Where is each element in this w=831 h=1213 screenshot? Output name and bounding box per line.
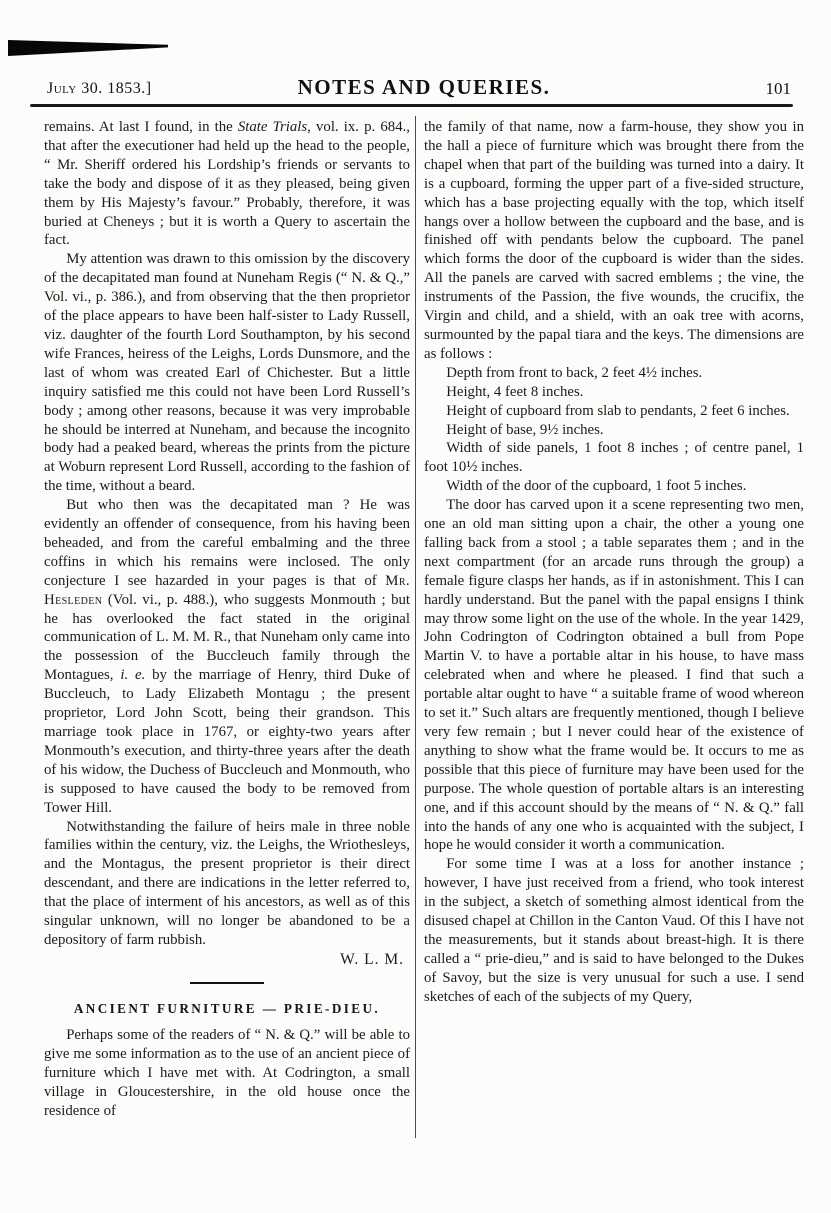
text-segment: But who then was the decapitated man ? H… bbox=[44, 497, 410, 589]
text-segment: My attention was drawn to this omission … bbox=[44, 251, 410, 494]
paragraph: Perhaps some of the readers of “ N. & Q.… bbox=[44, 1026, 410, 1121]
text-segment: The door has carved upon it a scene repr… bbox=[424, 497, 804, 853]
text-segment: remains. At last I found, in the bbox=[44, 119, 238, 135]
paragraph: The door has carved upon it a scene repr… bbox=[424, 496, 804, 855]
ink-smudge-artifact bbox=[8, 40, 168, 56]
paragraph: Depth from front to back, 2 feet 4½ inch… bbox=[424, 364, 804, 383]
italic-text: State Trials bbox=[238, 119, 307, 135]
paragraph: Height, 4 feet 8 inches. bbox=[424, 383, 804, 402]
text-segment: the family of that name, now a farm-hous… bbox=[424, 119, 804, 362]
text-segment: Width of the door of the cupboard, 1 foo… bbox=[446, 478, 746, 494]
paragraph: My attention was drawn to this omission … bbox=[44, 250, 410, 496]
left-column: remains. At last I found, in the State T… bbox=[44, 118, 410, 1121]
issue-date: July 30. 1853.] bbox=[47, 80, 152, 98]
journal-title: NOTES AND QUERIES. bbox=[44, 75, 804, 100]
text-segment: Notwithstanding the failure of heirs mal… bbox=[44, 819, 410, 948]
text-segment: by the marriage of Henry, third Duke of … bbox=[44, 667, 410, 815]
italic-text: i. e. bbox=[120, 667, 145, 683]
text-segment: Height of base, 9½ inches. bbox=[446, 422, 603, 438]
section-divider-rule bbox=[190, 982, 264, 985]
article-heading: ANCIENT FURNITURE — PRIE-DIEU. bbox=[44, 1000, 410, 1019]
paragraph: For some time I was at a loss for anothe… bbox=[424, 855, 804, 1006]
author-signature: W. L. M. bbox=[44, 951, 410, 970]
scanned-periodical-page: NOTES AND QUERIES. July 30. 1853.] 101 r… bbox=[0, 0, 831, 1213]
paragraph: remains. At last I found, in the State T… bbox=[44, 118, 410, 250]
paragraph: Width of side panels, 1 foot 8 inches ; … bbox=[424, 439, 804, 477]
text-segment: , vol. ix. p. 684., that after the execu… bbox=[44, 119, 410, 248]
header-rule bbox=[30, 104, 793, 107]
paragraph: But who then was the decapitated man ? H… bbox=[44, 496, 410, 817]
right-column: the family of that name, now a farm-hous… bbox=[424, 118, 804, 1121]
text-columns: remains. At last I found, in the State T… bbox=[44, 118, 804, 1121]
page-number: 101 bbox=[766, 79, 792, 99]
text-segment: Perhaps some of the readers of “ N. & Q.… bbox=[44, 1027, 410, 1119]
column-divider-rule bbox=[415, 116, 416, 1138]
paragraph: Notwithstanding the failure of heirs mal… bbox=[44, 818, 410, 950]
text-segment: Height of cupboard from slab to pendants… bbox=[446, 403, 790, 419]
paragraph: Height of cupboard from slab to pendants… bbox=[424, 402, 804, 421]
paragraph: Height of base, 9½ inches. bbox=[424, 421, 804, 440]
text-segment: Height, 4 feet 8 inches. bbox=[446, 384, 583, 400]
paragraph: Width of the door of the cupboard, 1 foo… bbox=[424, 477, 804, 496]
text-segment: For some time I was at a loss for anothe… bbox=[424, 856, 804, 1004]
text-segment: Depth from front to back, 2 feet 4½ inch… bbox=[446, 365, 702, 381]
text-segment: Width of side panels, 1 foot 8 inches ; … bbox=[424, 440, 804, 475]
paragraph: the family of that name, now a farm-hous… bbox=[424, 118, 804, 364]
